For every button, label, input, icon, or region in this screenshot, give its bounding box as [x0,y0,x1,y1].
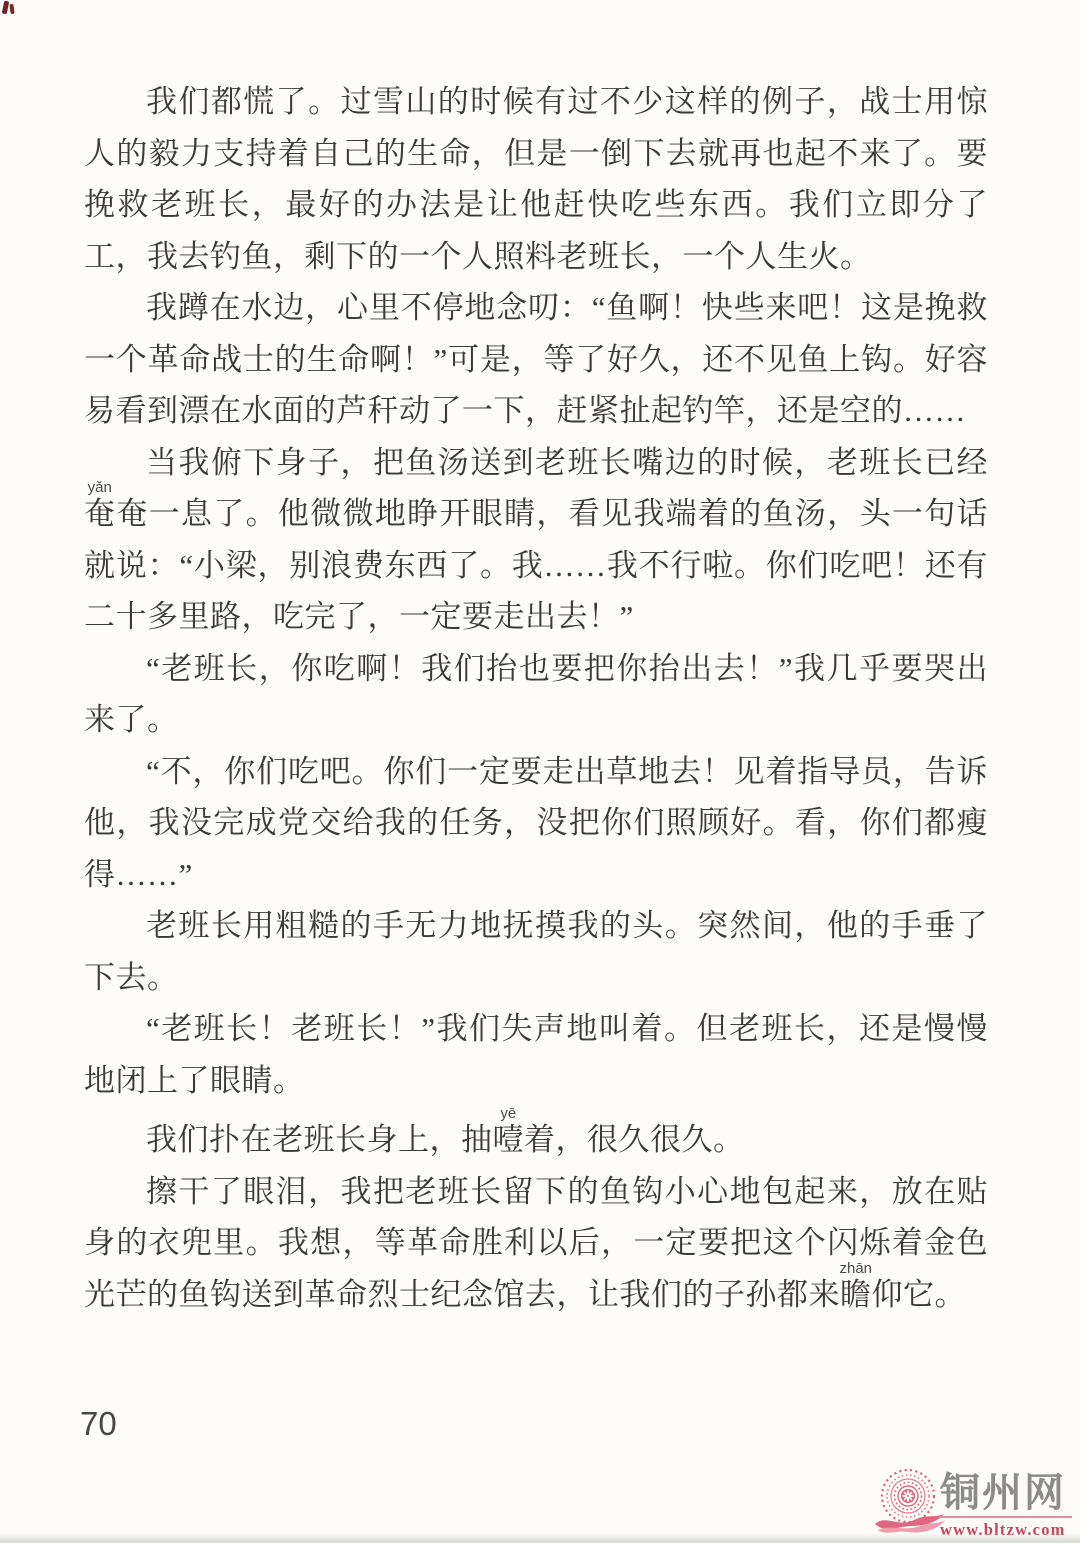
pinyin-label: yē [493,1105,525,1122]
textbook-page: 我们都慌了。过雪山的时候有过不少这样的例子，战士用惊人的毅力支持着自己的生命，但… [0,0,1080,1543]
article: 我们都慌了。过雪山的时候有过不少这样的例子，战士用惊人的毅力支持着自己的生命，但… [84,76,988,1320]
pinyin-label: zhān [839,1260,872,1277]
paragraph: 我蹲在水边，心里不停地念叨：“鱼啊！快些来吧！这是挽救一个革命战士的生命啊！”可… [84,282,988,437]
scan-edge [0,1533,1080,1543]
paragraph: “老班长，你吃啊！我们抬也要把你抬出去！”我几乎要哭出来了。 [84,643,988,746]
ink-mark [2,1,10,15]
watermark: 铜州网 www.bltzw.com [876,1462,1076,1540]
paragraph: 当我俯下身子，把鱼汤送到老班长嘴边的时候，老班长已经奄yǎn奄一息了。他微微地睁… [84,437,988,643]
pinyin-annotated-char: 奄yǎn [84,496,116,531]
page-number: 70 [80,1405,117,1443]
pinyin-annotated-char: 瞻zhān [840,1277,872,1312]
paragraph: 我们都慌了。过雪山的时候有过不少这样的例子，战士用惊人的毅力支持着自己的生命，但… [84,76,988,282]
paragraph: 老班长用粗糙的手无力地抚摸我的头。突然间，他的手垂了下去。 [84,900,988,1003]
pinyin-annotated-char: 噎yē [493,1122,525,1157]
paragraph: “老班长！老班长！”我们失声地叫着。但老班长，还是慢慢地闭上了眼睛。 [84,1003,988,1106]
watermark-site-name: 铜州网 [940,1472,1072,1518]
ink-mark [9,4,14,14]
paragraph: 我们扑在老班长身上，抽噎yē着，很久很久。 [84,1106,988,1166]
paragraph: 擦干了眼泪，我把老班长留下的鱼钩小心地包起来，放在贴身的衣兜里。我想，等革命胜利… [84,1166,988,1321]
paragraph: “不，你们吃吧。你们一定要走出草地去！见着指导员，告诉他，我没完成党交给我的任务… [84,746,988,901]
pinyin-label: yǎn [84,479,116,496]
